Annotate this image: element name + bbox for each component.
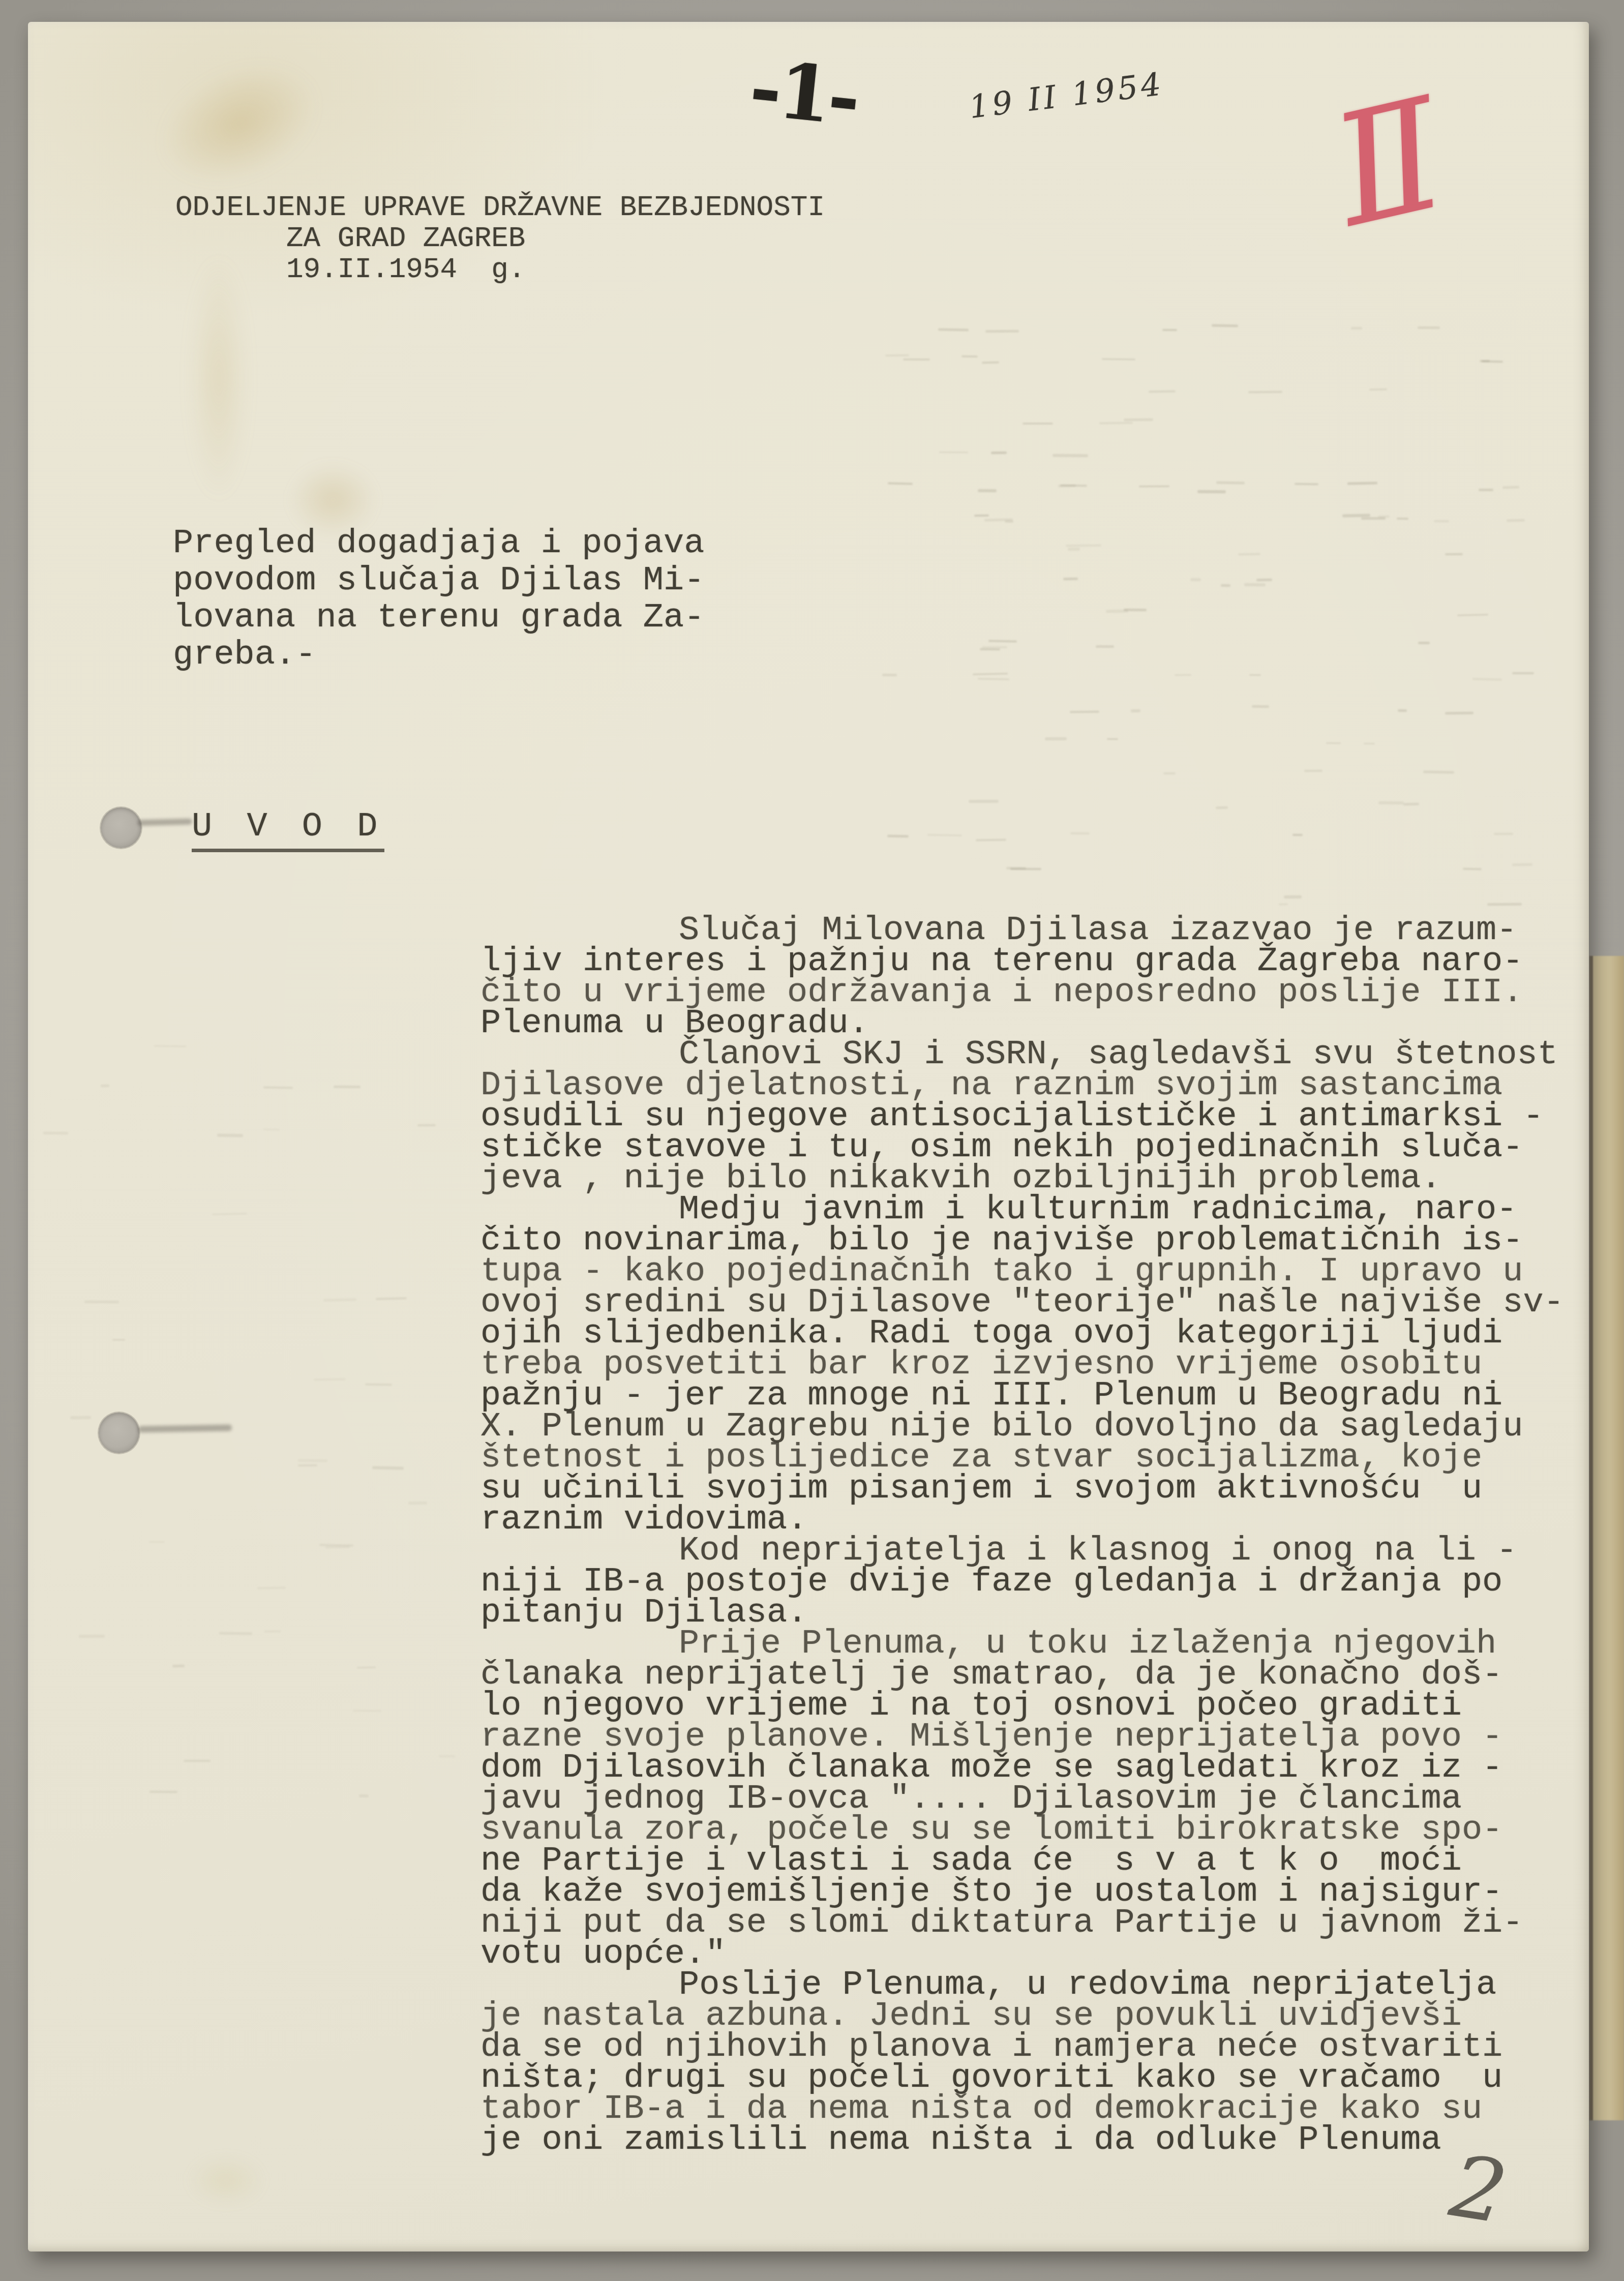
- bleedthrough-dash: [1292, 834, 1303, 836]
- bleedthrough-dash: [939, 452, 968, 454]
- body-line: stičke stavove i tu, osim nekih pojedina…: [480, 1132, 1609, 1163]
- bleedthrough-dash: [1403, 802, 1419, 805]
- punch-hole: [99, 1413, 139, 1453]
- body-line: niji IB-a postoje dvije faze gledanja i …: [480, 1567, 1609, 1598]
- bleedthrough-dash: [1149, 390, 1176, 393]
- bleedthrough-dash: [1106, 610, 1128, 613]
- bleedthrough-dash: [978, 678, 1009, 680]
- body-line: je nastala azbuna. Jedni su se povukli u…: [480, 2001, 1609, 2032]
- handwritten-date: 19 II 1954: [967, 65, 1166, 126]
- bleedthrough-dash: [43, 1132, 68, 1134]
- bleedthrough-dash: [1139, 486, 1169, 488]
- bleedthrough-dash: [1174, 674, 1191, 676]
- body-line: dom Djilasovih članaka može se sagledati…: [480, 1753, 1609, 1784]
- bleedthrough-dash: [319, 1544, 354, 1547]
- bleedthrough-dash: [1010, 868, 1041, 870]
- bleedthrough-dash: [982, 361, 999, 363]
- body-line: ništa; drugi su počeli govoriti kako se …: [480, 2063, 1609, 2094]
- bleedthrough-dash: [172, 1665, 185, 1668]
- bleedthrough-dash: [1102, 358, 1135, 361]
- bleedthrough-dash: [212, 1213, 247, 1215]
- bleedthrough-dash: [263, 1129, 280, 1131]
- bleedthrough-dash: [1006, 867, 1026, 869]
- bleedthrough-dash: [882, 674, 897, 676]
- body-line: Slučaj Milovana Djilasa izazvao je razum…: [480, 915, 1609, 946]
- bleedthrough-dash: [372, 1466, 404, 1470]
- bleedthrough-dash: [1238, 553, 1261, 556]
- bleedthrough-dash: [357, 1666, 376, 1668]
- bleedthrough-dash: [1361, 517, 1386, 520]
- bleedthrough-dash: [101, 1085, 109, 1087]
- bleedthrough-dash: [1480, 360, 1490, 363]
- body-line: svanula zora, počele su se lomiti birokr…: [480, 1815, 1609, 1846]
- letterhead-line: ZA GRAD ZAGREB: [175, 223, 825, 254]
- bleedthrough-dash: [1295, 483, 1318, 485]
- bleedthrough-dash: [1512, 863, 1532, 866]
- section-heading: U V O D: [192, 807, 384, 852]
- bleedthrough-dash: [325, 1546, 350, 1548]
- body-line: treba posvetiti bar kroz izvjesno vrijem…: [480, 1349, 1609, 1380]
- bleedthrough-dash: [1463, 867, 1482, 869]
- bleedthrough-dash: [1124, 418, 1153, 422]
- body-line: Plenuma u Beogradu.: [480, 1008, 1609, 1039]
- body-line: štetnost i poslijedice za stvar socijali…: [480, 1443, 1609, 1474]
- bleedthrough-dash: [1398, 709, 1407, 712]
- bleedthrough-dash: [1487, 903, 1522, 906]
- bleedthrough-dash: [408, 1502, 427, 1505]
- bleedthrough-dash: [1058, 485, 1076, 488]
- subject-line: Pregled dogadjaja i pojava: [173, 525, 704, 562]
- bleedthrough-dash: [1502, 486, 1519, 489]
- bleedthrough-dash: [1045, 737, 1067, 740]
- bleedthrough-dash: [938, 328, 969, 332]
- paper-stain: [175, 2147, 277, 2213]
- bleedthrough-dash: [84, 1301, 119, 1303]
- bleedthrough-dash: [885, 354, 909, 356]
- bleedthrough-dash: [988, 640, 1017, 642]
- body-line: ovoj sredini su Djilasove "teorije" našl…: [480, 1287, 1609, 1318]
- bleedthrough-dash: [1099, 422, 1133, 424]
- body-line: razne svoje planove. Mišljenje neprijate…: [480, 1722, 1609, 1753]
- bleedthrough-dash: [1249, 674, 1261, 676]
- body-line: ne Partije i vlasti i sada će s v a t k …: [480, 1846, 1609, 1877]
- bleedthrough-dash: [1304, 770, 1322, 772]
- bleedthrough-dash: [1066, 545, 1101, 547]
- bleedthrough-dash: [1248, 391, 1282, 393]
- bleedthrough-dash: [314, 1378, 346, 1380]
- body-line: niji put da se slomi diktatura Partije u…: [480, 1908, 1609, 1939]
- bleedthrough-dash: [263, 1087, 293, 1089]
- letterhead-line: 19.II.1954 g.: [175, 254, 825, 285]
- bleedthrough-dash: [1378, 801, 1404, 804]
- body-line: pažnju - jer za mnoge ni III. Plenum u B…: [480, 1380, 1609, 1412]
- bleedthrough-dash: [219, 1632, 252, 1635]
- body-line: X. Plenum u Zagrebu nije bilo dovoljno d…: [480, 1412, 1609, 1443]
- bleedthrough-dash: [353, 1709, 381, 1712]
- bleedthrough-dash: [1507, 519, 1525, 522]
- bleedthrough-dash: [298, 1464, 317, 1466]
- bleedthrough-dash: [1369, 388, 1387, 391]
- ink-bleedthrough-area: [882, 322, 1569, 927]
- bleedthrough-dash: [334, 1086, 360, 1089]
- pencil-smudge: [137, 819, 192, 826]
- bleedthrough-dash: [1479, 489, 1493, 491]
- letterhead: ODJELJENJE UPRAVE DRŽAVNE BEZBJEDNOSTI Z…: [175, 192, 825, 285]
- bleedthrough-dash: [1434, 520, 1449, 522]
- bleedthrough-dash: [1124, 609, 1147, 612]
- bleedthrough-dash: [1197, 490, 1226, 493]
- bleedthrough-dash: [1162, 329, 1177, 331]
- body-line: Djilasove djelatnosti, na raznim svojim …: [480, 1070, 1609, 1101]
- body-line: da se od njihovih planova i namjera neće…: [480, 2032, 1609, 2063]
- body-line: da kaže svojemišljenje što je uostalom i…: [480, 1877, 1609, 1908]
- bleedthrough-dash: [1472, 678, 1502, 680]
- bleedthrough-dash: [985, 330, 1019, 333]
- bleedthrough-dash: [1190, 578, 1201, 581]
- bleedthrough-dash: [887, 835, 909, 838]
- punch-hole: [101, 807, 141, 848]
- handwritten-page-number-top: -1-: [745, 43, 861, 143]
- subject-block: Pregled dogadjaja i pojavapovodom slučaj…: [173, 525, 704, 674]
- subject-line: povodom slučaja Djilas Mi-: [173, 562, 704, 599]
- bleedthrough-dash: [1397, 517, 1408, 519]
- bleedthrough-dash: [1326, 742, 1341, 744]
- bleedthrough-dash: [1283, 895, 1301, 898]
- bleedthrough-dash: [888, 483, 913, 486]
- bleedthrough-dash: [112, 1339, 125, 1341]
- body-line: čito novinarima, bilo je najviše problem…: [480, 1225, 1609, 1256]
- bleedthrough-dash: [1107, 738, 1118, 740]
- bleedthrough-dash: [1279, 904, 1288, 905]
- body-line: tupa - kako pojedinačnih tako i grupnih.…: [480, 1256, 1609, 1287]
- body-line: votu uopće.": [480, 1939, 1609, 1970]
- bleedthrough-dash: [365, 1383, 392, 1386]
- body-line: čito u vrijeme održavanja i neposredno p…: [480, 977, 1609, 1008]
- bleedthrough-dash: [1351, 327, 1362, 329]
- bleedthrough-dash: [298, 1459, 327, 1462]
- bleedthrough-dash: [1052, 454, 1088, 457]
- document-body: Slučaj Milovana Djilasa izazvao je razum…: [480, 915, 1609, 2156]
- bleedthrough-dash: [1364, 743, 1375, 745]
- bleedthrough-dash: [984, 518, 1013, 522]
- bleedthrough-dash: [1342, 514, 1370, 518]
- bleedthrough-dash: [149, 1791, 177, 1793]
- bleedthrough-dash: [79, 1635, 105, 1638]
- body-line: ojih slijedbenika. Radi toga ovoj katego…: [480, 1318, 1609, 1349]
- bleedthrough-dash: [70, 1416, 91, 1419]
- bleedthrough-dash: [1244, 583, 1266, 586]
- body-line: Članovi SKJ i SSRN, sagledavši svu štetn…: [480, 1039, 1609, 1070]
- bleedthrough-dash: [1063, 578, 1078, 580]
- bleedthrough-dash: [1457, 614, 1488, 616]
- body-line: Poslije Plenuma, u redovima neprijatelja: [480, 1970, 1609, 2001]
- bleedthrough-dash: [323, 1299, 357, 1302]
- body-line: članaka neprijatelj je smatrao, da je ko…: [480, 1660, 1609, 1691]
- document-page: -1- 19 II 1954 Ⅱ ODJELJENJE UPRAVE DRŽAV…: [28, 22, 1589, 2252]
- bleedthrough-dash: [903, 358, 930, 361]
- bleedthrough-dash: [1252, 705, 1269, 707]
- bleedthrough-dash: [1005, 520, 1013, 523]
- bleedthrough-dash: [359, 1794, 369, 1797]
- body-line: ljiv interes i pažnju na terenu grada Ža…: [480, 946, 1609, 977]
- bleedthrough-dash: [264, 1631, 281, 1633]
- bleedthrough-dash: [1060, 485, 1087, 487]
- bleedthrough-dash: [1494, 833, 1513, 835]
- bleedthrough-dash: [1418, 642, 1430, 644]
- bleedthrough-dash: [1512, 672, 1534, 674]
- bleedthrough-dash: [149, 1541, 165, 1543]
- body-line: su učinili svojim pisanjem i svojom akti…: [480, 1474, 1609, 1505]
- bleedthrough-dash: [991, 452, 1007, 454]
- bleedthrough-dash: [1022, 423, 1053, 425]
- bleedthrough-dash: [1482, 360, 1503, 363]
- letterhead-line: ODJELJENJE UPRAVE DRŽAVNE BEZBJEDNOSTI: [175, 192, 825, 223]
- body-line: lo njegovo vrijeme i na toj osnovi počeo…: [480, 1691, 1609, 1722]
- bleedthrough-dash: [1070, 710, 1099, 712]
- bleedthrough-dash: [976, 838, 1007, 841]
- bleedthrough-dash: [974, 515, 989, 517]
- bleedthrough-dash: [1163, 772, 1176, 774]
- bleedthrough-dash: [1131, 709, 1140, 712]
- body-line: Kod neprijatelja i klasnog i onog na li …: [480, 1536, 1609, 1567]
- body-line: je oni zamislili nema ništa i da odluke …: [480, 2125, 1609, 2156]
- bleedthrough-dash: [1096, 645, 1114, 648]
- scanned-document: -1- 19 II 1954 Ⅱ ODJELJENJE UPRAVE DRŽAV…: [0, 0, 1624, 2281]
- body-line: pitanju Djilasa.: [480, 1598, 1609, 1629]
- body-line: raznim vidovima.: [480, 1505, 1609, 1536]
- bleedthrough-dash: [982, 646, 1007, 649]
- bleedthrough-dash: [1216, 481, 1245, 484]
- bleedthrough-dash: [980, 648, 1000, 650]
- pencil-smudge: [138, 1424, 232, 1432]
- bleedthrough-dash: [1418, 326, 1440, 329]
- bleedthrough-dash: [257, 1587, 286, 1589]
- bleedthrough-dash: [1211, 324, 1238, 327]
- bleedthrough-dash: [417, 1124, 436, 1126]
- body-line: osudili su njegove antisocijalističke i …: [480, 1101, 1609, 1132]
- bleedthrough-dash: [1216, 806, 1228, 809]
- bleedthrough-dash: [978, 489, 997, 492]
- bleedthrough-dash: [1068, 548, 1080, 551]
- subject-line: lovana na terenu grada Za-: [173, 599, 704, 637]
- body-line: Medju javnim i kulturnim radnicima, naro…: [480, 1194, 1609, 1225]
- bleedthrough-dash: [1445, 711, 1473, 714]
- bleedthrough-dash: [1423, 770, 1454, 773]
- bleedthrough-dash: [927, 834, 962, 836]
- bleedthrough-dash: [376, 1297, 407, 1300]
- subject-line: greba.-: [173, 637, 704, 674]
- bleedthrough-dash: [1347, 482, 1377, 485]
- body-line: javu jednog IB-ovca ".... Djilasovim je …: [480, 1784, 1609, 1815]
- bleedthrough-dash: [184, 1760, 210, 1762]
- bleedthrough-dash: [968, 800, 998, 803]
- bleedthrough-dash: [1445, 553, 1463, 556]
- bleedthrough-dash: [217, 1134, 243, 1137]
- body-line: jeva , nije bilo nikakvih ozbiljnijih pr…: [480, 1163, 1609, 1194]
- body-line: Prije Plenuma, u toku izlaženja njegovih: [480, 1629, 1609, 1660]
- bleedthrough-dash: [439, 1755, 455, 1757]
- body-line: tabor IB-a i da nema ništa od demokracij…: [480, 2094, 1609, 2125]
- bleedthrough-dash: [1070, 832, 1090, 834]
- bleedthrough-dash: [961, 355, 978, 357]
- red-crayon-numeral-mark: Ⅱ: [1321, 77, 1457, 249]
- bleedthrough-dash: [973, 673, 1008, 675]
- bleedthrough-dash: [1378, 516, 1390, 518]
- bleedthrough-dash: [1221, 584, 1230, 587]
- bleedthrough-dash: [1256, 579, 1272, 582]
- bleedthrough-dash: [154, 1045, 186, 1047]
